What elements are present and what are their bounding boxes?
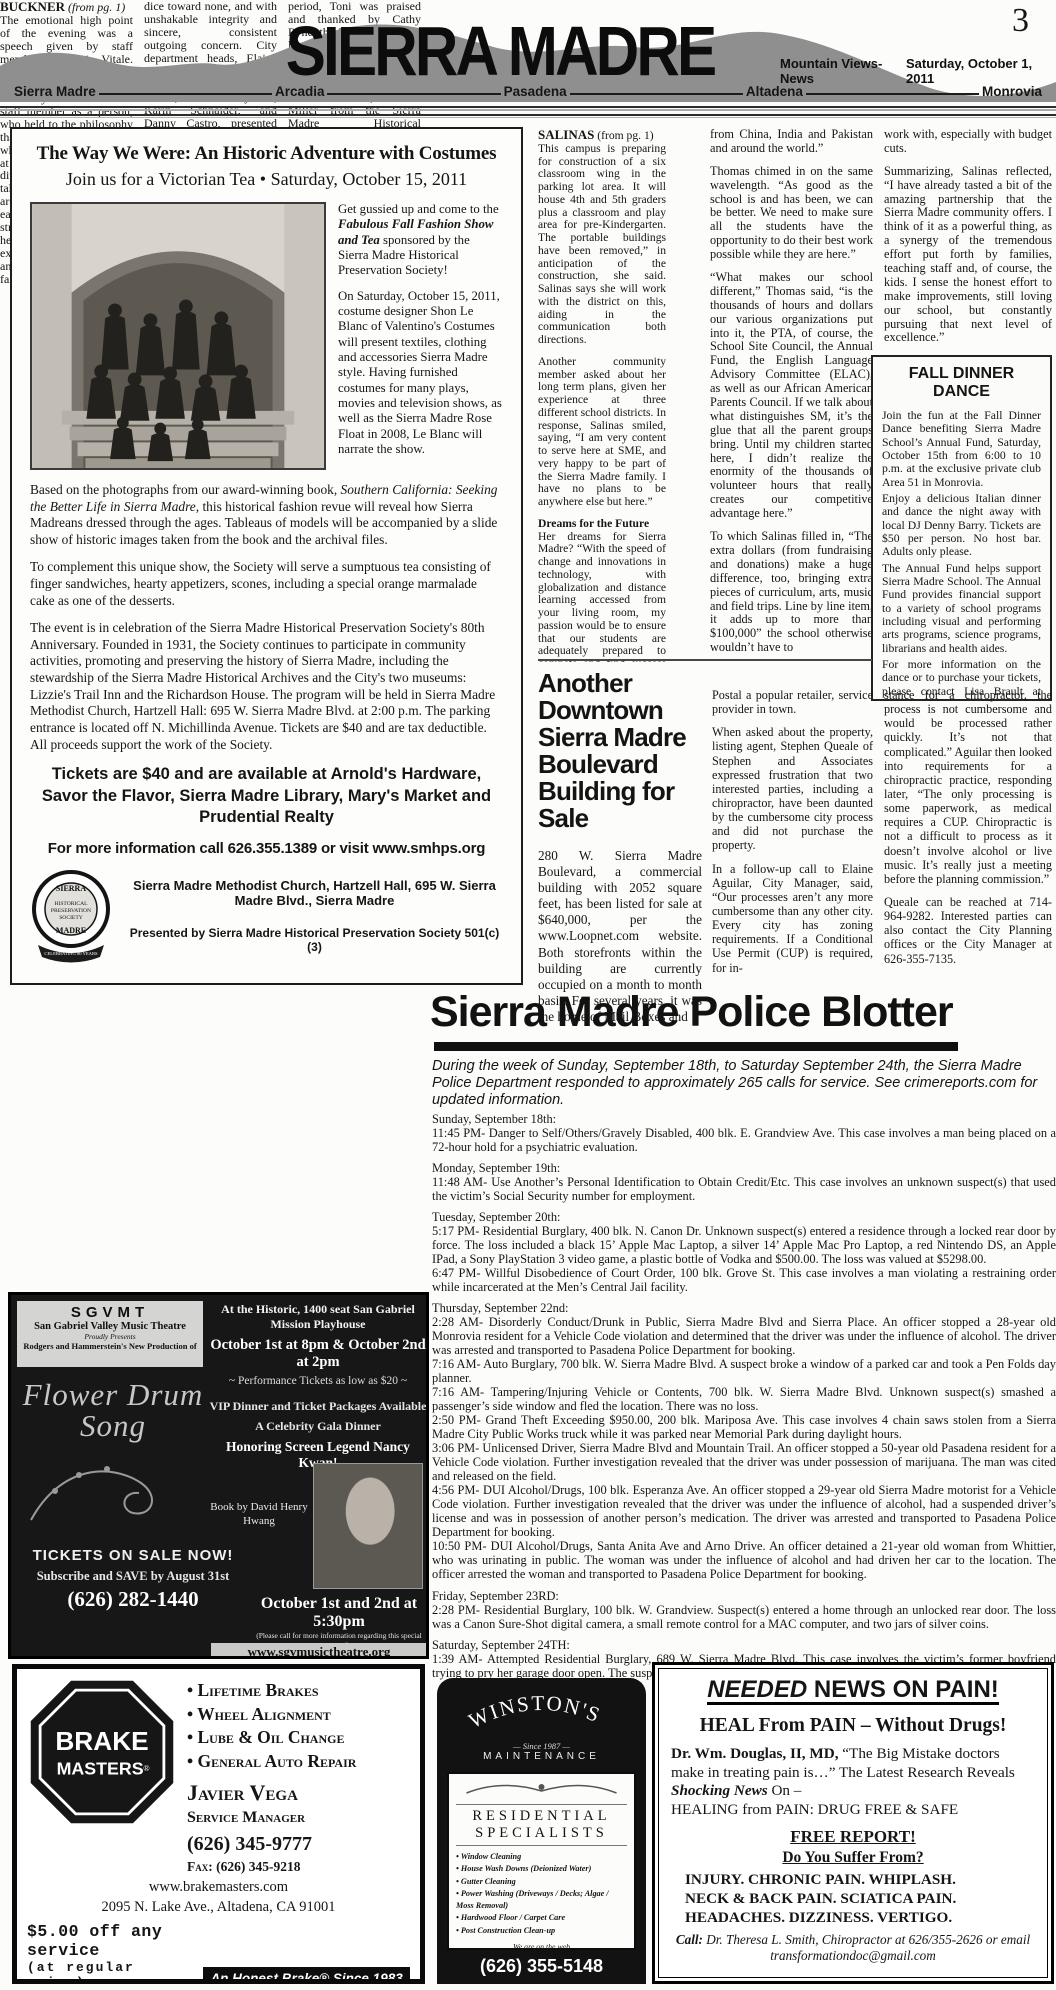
body-text: On – [768, 1782, 802, 1799]
winstons-type-line: MAINTENANCE [439, 1751, 644, 1762]
blotter-entry: 10:50 PM- DUI Alcohol/Drugs, Santa Anita… [432, 1539, 1056, 1581]
article-paragraph: To which Salinas filled in, “The extra d… [710, 530, 873, 655]
nav-divider-line [806, 93, 979, 95]
blotter-items: 11:45 PM- Danger to Self/Others/Gravely … [432, 1126, 1056, 1154]
brake-coupon: $5.00 off any service (at regular price) [27, 1922, 203, 1984]
nav-city-monrovia: Monrovia [982, 84, 1042, 99]
blotter-entry: 5:17 PM- Residential Burglary, 400 blk. … [432, 1224, 1056, 1266]
svg-text:PRESERVATION: PRESERVATION [51, 908, 91, 914]
brake-fax: Fax: (626) 345-9218 [187, 1858, 410, 1876]
article-paragraph: “What makes our school different,” Thoma… [710, 271, 873, 521]
pain-ad-body: Dr. Wm. Douglas, II, MD, “The Big Mistak… [671, 1745, 1035, 1819]
winstons-logo-sign: WINSTON'S — Since 1987 — MAINTENANCE [439, 1680, 644, 1770]
section-divider-rule [538, 659, 872, 661]
winstons-panel: RESIDENTIAL SPECIALISTS • Window Cleanin… [447, 1772, 636, 1950]
contact-info-line: For more information call 626.355.1389 o… [30, 840, 503, 857]
pain-ad-headline: NEEDED NEWS ON PAIN! [671, 1676, 1035, 1705]
article-subhead: Dreams for the Future [538, 518, 666, 531]
feature-body: Based on the photographs from our award-… [30, 482, 503, 753]
blotter-entry: 2:50 PM- Grand Theft Exceeding $950.00, … [432, 1413, 1056, 1441]
brake-service-item: • Lifetime Brakes [187, 1679, 410, 1703]
notice-paragraph: Enjoy a delicious Italian dinner and dan… [882, 492, 1041, 559]
blotter-entry: 11:45 PM- Danger to Self/Others/Gravely … [432, 1126, 1056, 1154]
blotter-items: 2:28 AM- Disorderly Conduct/Drunk in Pub… [432, 1315, 1056, 1581]
article-paragraph: Her dreams for Sierra Madre? “With the s… [538, 531, 666, 663]
flourish-icon [456, 1779, 627, 1799]
winstons-service-item: • House Wash Downs (Deionized Water) [456, 1863, 627, 1875]
intro-text: Get gussied up and come to the [338, 202, 499, 216]
winstons-service-list: • Window Cleaning• House Wash Downs (Dei… [456, 1851, 627, 1937]
salinas-column-3: work with, especially with budget cuts.S… [884, 128, 1052, 354]
svg-text:®: ® [143, 1763, 150, 1773]
blotter-intro: During the week of Sunday, September 18t… [432, 1058, 1054, 1109]
brake-tagline-banner: An Honest Brake® Since 1983 [203, 1967, 410, 1984]
shocking-news-phrase: Shocking News [671, 1782, 768, 1799]
sgvmt-production-line: Rodgers and Hammerstein's New Production… [19, 1341, 201, 1351]
feature-paragraph: To complement this unique show, the Soci… [30, 559, 503, 609]
article-paragraph: Summarizing, Salinas reflected, “I have … [884, 165, 1052, 346]
feature-subhead: Join us for a Victorian Tea • Saturday, … [30, 169, 503, 190]
svg-text:BRAKE: BRAKE [55, 1726, 148, 1756]
service-manager-name: Javier Vega [187, 1778, 410, 1808]
masthead-rule [0, 114, 1056, 116]
contact-details: Dr. Theresa L. Smith, Chiropractor at 62… [703, 1932, 1030, 1963]
sgvmt-org-block: SGVMT San Gabriel Valley Music Theatre P… [17, 1301, 203, 1367]
blotter-day-group: Monday, September 19th: 11:48 AM- Use An… [432, 1161, 1056, 1203]
condition-line: NECK & BACK PAIN. SCIATICA PAIN. [685, 1889, 1035, 1908]
feature-intro-text: Get gussied up and come to the Fabulous … [338, 202, 503, 470]
presented-by-line: Presented by Sierra Madre Historical Pre… [126, 926, 503, 954]
feature-intro-paragraph: Get gussied up and come to the Fabulous … [338, 202, 503, 279]
nav-divider-line [99, 93, 272, 95]
historical-photo [30, 202, 326, 470]
fall-dinner-dance-box: FALL DINNER DANCE Join the fun at the Fa… [871, 355, 1052, 701]
article-paragraph: from China, India and Pakistan and aroun… [710, 128, 873, 156]
winstons-since-line: — Since 1987 — [439, 1741, 644, 1751]
svg-text:SOCIETY: SOCIETY [59, 915, 83, 921]
blotter-day-group: Sunday, September 18th: 11:45 PM- Danger… [432, 1112, 1056, 1154]
call-label: Call: [676, 1932, 703, 1947]
issue-date: Saturday, October 1, 2011 [906, 56, 1052, 86]
blotter-items: 5:17 PM- Residential Burglary, 400 blk. … [432, 1224, 1056, 1294]
continued-from-note: (from pg. 1) [597, 129, 653, 142]
blotter-day-label: Tuesday, September 20th: [432, 1210, 1056, 1224]
newspaper-page: SIERRA MADRE 3 Mountain Views-News Satur… [0, 0, 1056, 1990]
sgvmt-ticket-price-line: ~ Performance Tickets as low as $20 ~ [207, 1375, 429, 1387]
service-manager-title: Service Manager [187, 1807, 410, 1829]
article-paragraph: In a follow-up call to Elaine Aguilar, C… [712, 862, 873, 975]
sgvmt-gala-line: A Celebrity Gala Dinner [207, 1419, 429, 1434]
sgvmt-show-dates: October 1st at 8pm & October 2nd at 2pm [207, 1337, 429, 1370]
svg-text:MASTERS: MASTERS [57, 1759, 144, 1779]
floral-flourish-icon [21, 1445, 191, 1535]
sgvmt-abbr: SGVMT [19, 1304, 201, 1321]
notice-paragraph: The Annual Fund helps support Sierra Mad… [882, 562, 1041, 655]
winstons-service-item: • Power Washing (Driveways / Decks; Alga… [456, 1888, 627, 1913]
blotter-underline-bar [434, 1042, 958, 1051]
svg-text:SIERRA: SIERRA [56, 884, 86, 893]
sgvmt-book-credit: Book by David Henry Hwang [209, 1501, 309, 1529]
blotter-entry: 2:28 PM- Residential Burglary, 100 blk. … [432, 1603, 1056, 1631]
blotter-day-group: Friday, September 23RD: 2:28 PM- Residen… [432, 1589, 1056, 1631]
blotter-day-group: Thursday, September 22nd: 2:28 AM- Disor… [432, 1301, 1056, 1581]
winstons-heading-2: SPECIALISTS [456, 1825, 627, 1846]
blotter-entry: 11:48 AM- Use Another’s Personal Identif… [432, 1175, 1056, 1203]
blotter-entry: 2:28 AM- Disorderly Conduct/Drunk in Pub… [432, 1315, 1056, 1357]
nav-city-arcadia: Arcadia [275, 84, 325, 99]
sgvmt-venue-line: At the Historic, 1400 seat San Gabriel M… [207, 1302, 429, 1332]
feature-paragraph: The event is in celebration of the Sierr… [30, 620, 503, 753]
svg-text:HISTORICAL: HISTORICAL [54, 901, 88, 907]
pain-relief-ad: NEEDED NEWS ON PAIN! HEAL From PAIN – Wi… [652, 1662, 1054, 1984]
blotter-entry: 7:16 AM- Tampering/Injuring Vehicle or C… [432, 1385, 1056, 1413]
sgvmt-on-sale-line: TICKETS ON SALE NOW! [17, 1547, 249, 1564]
coupon-offer: $5.00 off any service [27, 1922, 203, 1960]
blotter-entry: 7:16 AM- Auto Burglary, 700 blk. W. Sier… [432, 1357, 1056, 1385]
healing-line: HEALING from PAIN: DRUG FREE & SAFE [671, 1801, 958, 1818]
blotter-day-label: Monday, September 19th: [432, 1161, 1056, 1175]
blotter-body: Sunday, September 18th: 11:45 PM- Danger… [432, 1112, 1056, 1692]
winstons-service-item: • Gutter Cleaning [456, 1876, 627, 1888]
nav-city-sierra-madre: Sierra Madre [14, 84, 96, 99]
winstons-service-item: • Post Construction Clean-up [456, 1925, 627, 1937]
nav-city-pasadena: Pasadena [504, 84, 567, 99]
blotter-day-label: Sunday, September 18th: [432, 1112, 1056, 1126]
article-paragraph: Postal a popular retailer, service provi… [712, 688, 873, 716]
sgvmt-subscribe-line: Subscribe and SAVE by August 31st [17, 1569, 249, 1584]
suffer-question-line: Do You Suffer From? [671, 1849, 1035, 1867]
article-slug: SALINAS (from pg. 1) [538, 128, 666, 143]
city-nav-strip: Sierra Madre Arcadia Pasadena Altadena M… [14, 84, 1042, 99]
brake-service-item: • Wheel Alignment [187, 1703, 410, 1727]
police-blotter-headline: Sierra Madre Police Blotter [430, 988, 1054, 1037]
blotter-items: 2:28 PM- Residential Burglary, 100 blk. … [432, 1603, 1056, 1631]
sgvmt-theatre-ad: SGVMT San Gabriel Valley Music Theatre P… [8, 1292, 429, 1659]
winstons-maintenance-ad: WINSTON'S — Since 1987 — MAINTENANCE RES… [437, 1678, 646, 1984]
condition-line: INJURY. CHRONIC PAIN. WHIPLASH. [685, 1870, 1035, 1889]
brake-address: 2095 N. Lake Ave., Altadena, CA 91001 [27, 1899, 410, 1916]
article-paragraph: stance for a chiropractor, the process i… [884, 688, 1052, 886]
slug-text: SALINAS [538, 128, 594, 142]
brake-service-item: • General Auto Repair [187, 1750, 410, 1774]
sgvmt-org-name: San Gabriel Valley Music Theatre [19, 1321, 201, 1332]
blotter-day-label: Thursday, September 22nd: [432, 1301, 1056, 1315]
blotter-day-label: Friday, September 23RD: [432, 1589, 1056, 1603]
doctor-name: Dr. Wm. Douglas, II, MD, [671, 1745, 839, 1762]
nav-divider-line [327, 93, 500, 95]
brake-website: www.brakemasters.com [27, 1879, 410, 1896]
salinas-column-2: from China, India and Pakistan and aroun… [710, 128, 873, 662]
masthead-rule [0, 117, 1056, 118]
tickets-info-line: Tickets are $40 and are available at Arn… [30, 764, 503, 828]
publication-name: Mountain Views-News [780, 56, 906, 86]
winstons-service-item: • Window Cleaning [456, 1851, 627, 1863]
sgvmt-phone: (626) 282-1440 [17, 1587, 249, 1612]
coupon-note: (at regular price) [27, 1960, 203, 1984]
masthead-title: SIERRA MADRE [171, 11, 829, 91]
fall-dinner-dance-title: FALL DINNER DANCE [882, 365, 1041, 401]
article-paragraph: Queale can be reached at 714-964-9282. I… [884, 895, 1052, 966]
headline-rest: NEWS ON PAIN! [807, 1676, 999, 1703]
sgvmt-gala-dates: October 1st and 2nd at 5:30pm [251, 1595, 427, 1630]
conditions-list: INJURY. CHRONIC PAIN. WHIPLASH.NECK & BA… [671, 1870, 1035, 1927]
feature-intro-paragraph: On Saturday, October 15, 2011, costume d… [338, 289, 503, 458]
winstons-service-item: • Hardwood Floor / Carpet Care [456, 1912, 627, 1924]
article-paragraph: When asked about the property, listing a… [712, 725, 873, 852]
svg-text:MADRE: MADRE [56, 926, 86, 935]
blotter-entry: 3:06 PM- Unlicensed Driver, Sierra Madre… [432, 1441, 1056, 1483]
body-text: Based on the photographs from our award-… [30, 482, 341, 497]
venue-line: Sierra Madre Methodist Church, Hartzell … [126, 878, 503, 908]
blotter-day-label: Saturday, September 24TH: [432, 1638, 1056, 1652]
feature-headline: The Way We Were: An Historic Adventure w… [30, 143, 503, 165]
feature-paragraph: Based on the photographs from our award-… [30, 482, 503, 548]
article-paragraph: work with, especially with budget cuts. [884, 128, 1052, 156]
headline-italic-part: NEEDED [707, 1676, 807, 1703]
building-column-3: stance for a chiropractor, the process i… [884, 688, 1052, 1023]
sgvmt-website: www.sgvmusictheatre.org [211, 1643, 427, 1659]
page-number: 3 [1012, 2, 1029, 40]
sgvmt-show-title: Flower Drum Song [15, 1379, 211, 1441]
nav-city-altadena: Altadena [746, 84, 803, 99]
salinas-column-1: SALINAS (from pg. 1) This campus is prep… [538, 128, 666, 662]
building-article-headline: Another Downtown Sierra Madre Boulevard … [538, 670, 708, 832]
article-paragraph: Another community member asked about her… [538, 356, 666, 509]
masthead-rule [0, 106, 1056, 108]
article-paragraph: Thomas chimed in on the same wavelength.… [710, 165, 873, 262]
condition-line: HEADACHES. DIZZINESS. VERTIGO. [685, 1908, 1035, 1927]
society-seal-logo: SIERRA HISTORICAL PRESERVATION SOCIETY M… [30, 869, 112, 963]
building-column-2: Postal a popular retailer, service provi… [712, 688, 873, 1023]
svg-text:WINSTON'S: WINSTON'S [465, 1691, 605, 1733]
svg-text:CELEBRATING 80 YEARS: CELEBRATING 80 YEARS [44, 951, 98, 956]
brake-service-item: • Lube & Oil Change [187, 1726, 410, 1750]
masthead-rule [0, 109, 1056, 111]
dateline: Mountain Views-News Saturday, October 1,… [780, 56, 1052, 86]
sgvmt-vip-line: VIP Dinner and Ticket Packages Available [207, 1399, 429, 1414]
blotter-entry: 6:47 PM- Willful Disobedience of Court O… [432, 1266, 1056, 1294]
pain-ad-contact: Call: Dr. Theresa L. Smith, Chiropractor… [671, 1932, 1035, 1964]
sgvmt-presents: Proudly Presents [19, 1332, 201, 1341]
nav-divider-line [570, 93, 743, 95]
feature-article-box: The Way We Were: An Historic Adventure w… [10, 127, 523, 985]
blotter-entry: 4:56 PM- DUI Alcohol/Drugs, 100 blk. Esp… [432, 1483, 1056, 1539]
pain-ad-subhead: HEAL From PAIN – Without Drugs! [671, 1715, 1035, 1737]
free-report-line: FREE REPORT! [671, 1827, 1035, 1847]
notice-paragraph: Join the fun at the Fall Dinner Dance be… [882, 409, 1041, 489]
winstons-heading-1: RESIDENTIAL [456, 1804, 627, 1825]
blotter-day-group: Tuesday, September 20th: 5:17 PM- Reside… [432, 1210, 1056, 1294]
brake-masters-ad: BRAKE MASTERS ® • Lifetime Brakes• Wheel… [12, 1664, 425, 1984]
brake-phone: (626) 345-9777 [187, 1831, 410, 1858]
blotter-items: 11:48 AM- Use Another’s Personal Identif… [432, 1175, 1056, 1203]
nancy-kwan-photo [313, 1463, 423, 1589]
brake-masters-octagon-sign: BRAKE MASTERS ® [27, 1677, 177, 1827]
article-paragraph: This campus is preparing for constructio… [538, 143, 666, 347]
